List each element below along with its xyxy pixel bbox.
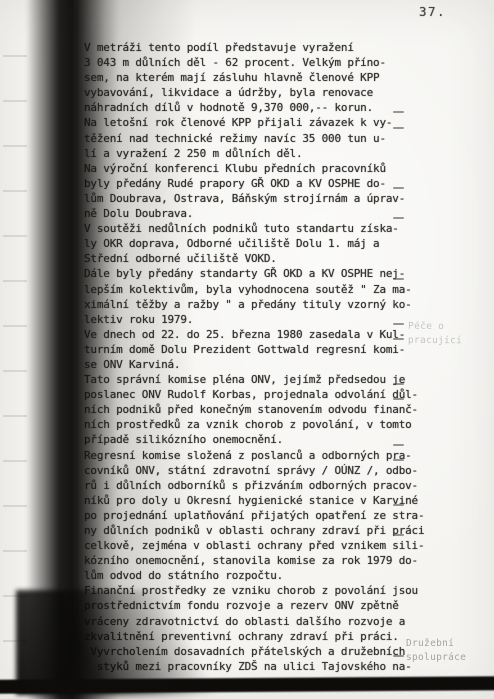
text-line: 3 043 m důlních děl - 62 procent. Velkým… [84, 55, 449, 70]
text-line: covníků ONV, státní zdravotní správy / O… [84, 463, 449, 478]
text-line: styků mezi pracovníky ZDŠ na ulici Tajov… [84, 659, 449, 674]
text-line: prostřednictvím fondu rozvoje a rezerv O… [84, 598, 449, 613]
margin-dash-mark [393, 338, 404, 340]
margin-dash-mark [393, 398, 404, 400]
document-body-text: V metráži tento podíl představuje vyraže… [84, 40, 449, 674]
margin-note-line: pracující [408, 333, 462, 347]
margin-note-friendship-cooperation: Družební spolupráce [406, 637, 466, 664]
margin-dash-mark [393, 444, 404, 446]
text-line: Na výroční konferenci Klubu předních pra… [84, 161, 449, 176]
margin-note-care-for-workers: Péče o pracující [408, 320, 462, 348]
text-line: vráceny zdravotnictví do oblasti dalšího… [84, 614, 449, 629]
text-line: celkově, zejména v oblasti ochrany před … [84, 538, 449, 553]
text-line: turním domě Dolu Prezident Gottwald regr… [84, 342, 449, 357]
text-line: Střední odborné učiliště VOKD. [84, 251, 449, 266]
text-line: náhradních dílů v hodnotě 9,370 000,-- k… [84, 100, 449, 115]
margin-dash-mark [393, 278, 404, 280]
text-line: ních podniků před konečným stanovením od… [84, 402, 449, 417]
text-line: sem, na kterém mají zásluhu hlavně členo… [84, 70, 449, 85]
text-line: zkvalitnění preventivní ochrany zdraví p… [84, 629, 449, 644]
text-line: ly OKR doprava, Odborné učiliště Dolu 1.… [84, 236, 449, 251]
text-line: lům Doubrava, Ostrava, Báňským strojírná… [84, 191, 449, 206]
margin-dash-mark [393, 459, 404, 461]
text-line: Finanční prostředky ze vzniku chorob z p… [84, 583, 449, 598]
text-line: ximální těžby a ražby " a předány tituly… [84, 297, 449, 312]
margin-dash-mark [393, 655, 404, 657]
margin-dash-mark [393, 534, 404, 536]
page-number: 37. [419, 4, 446, 19]
margin-dash-mark [393, 127, 404, 129]
text-line: V soutěži nedůlních podniků tuto standar… [84, 221, 449, 236]
margin-dash-mark [393, 217, 404, 219]
margin-dash-mark [393, 323, 404, 325]
margin-dash-mark [393, 187, 404, 189]
text-line: těžení nad technické režimy navíc 35 000… [84, 131, 449, 146]
text-line: lům odvod do státního rozpočtu. [84, 568, 449, 583]
text-line: V metráži tento podíl představuje vyraže… [84, 40, 449, 55]
scanned-document-page: 37. V metráži tento podíl představuje vy… [0, 0, 494, 699]
text-line: lepším kolektivům, byla vyhodnocena sout… [84, 282, 449, 297]
text-line: lí a vyražení 2 250 m důlních děl. [84, 146, 449, 161]
text-line: vybavování, likvidace a údržby, byla ren… [84, 85, 449, 100]
margin-note-line: Péče o [408, 320, 462, 334]
margin-dash-mark [393, 383, 404, 385]
margin-dash-mark [393, 504, 404, 506]
scan-edge-strip [0, 0, 34, 699]
text-line: kózního onemocnění, stanovila komise za … [84, 553, 449, 568]
text-line: ních prostředků za vznik chorob z povolá… [84, 417, 449, 432]
margin-note-line: spolupráce [406, 651, 466, 665]
text-line: se ONV Karviná. [84, 357, 449, 372]
scan-bottom-edge [0, 676, 494, 694]
text-line: rů i důlních odborníků s přizváním odbor… [84, 478, 449, 493]
margin-note-line: Družební [406, 637, 466, 651]
text-line: po projednání uplatňování přijatých opat… [84, 508, 449, 523]
